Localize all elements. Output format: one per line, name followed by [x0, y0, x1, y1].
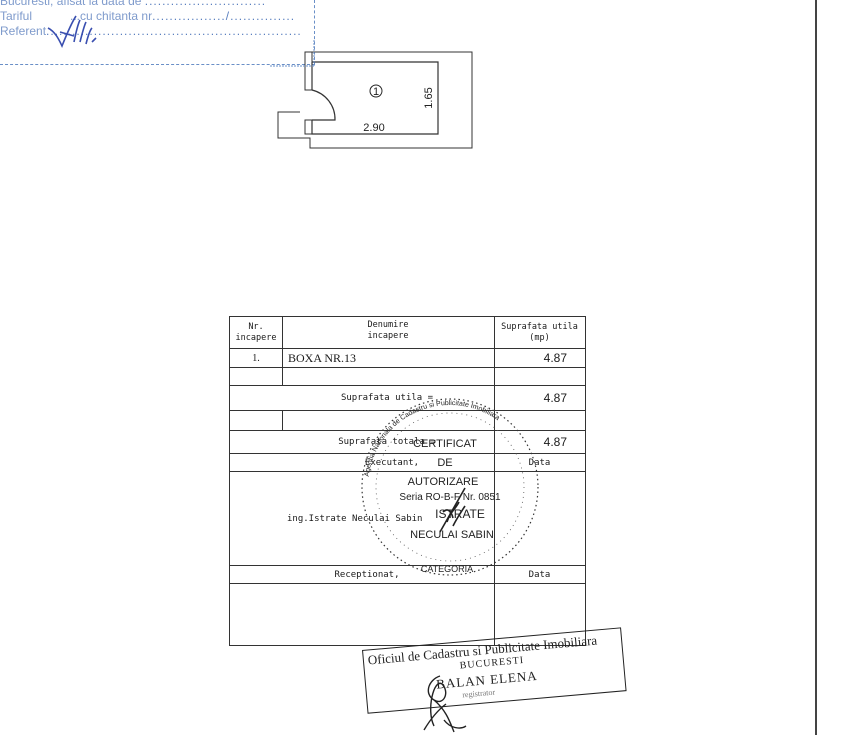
column-divider	[494, 584, 495, 646]
header-suprafata-line1: Suprafata utila	[501, 322, 578, 333]
stamp-date-label: Bucuresti, afisat la data de	[0, 0, 141, 8]
room-height-label: 1.65	[423, 87, 435, 108]
column-divider	[282, 368, 283, 385]
column-divider	[494, 368, 495, 385]
stamp-line: NECULAI SABIN	[410, 529, 494, 541]
stamp-line: DE	[437, 457, 452, 469]
table-header-row: Nr. incapere Denumire incapere Suprafata…	[230, 317, 585, 349]
stamp-line-date: Bucuresti, afisat la data de ...........…	[0, 0, 266, 9]
header-nr: Nr. incapere	[230, 317, 282, 348]
room-number: 1	[373, 86, 379, 98]
room-width-label: 2.90	[363, 122, 384, 134]
row-denumire: BOXA NR.13	[282, 349, 494, 367]
registration-stamp: Bucuresti, afisat la data de ...........…	[0, 0, 315, 65]
table-row: 1. BOXA NR.13 4.87	[230, 349, 585, 368]
header-suprafata-line2: (mp)	[529, 333, 549, 344]
header-denumire-line2: incapere	[368, 331, 409, 342]
stamp-line: AUTORIZARE	[408, 476, 479, 488]
stamp-dots: ................./...............	[152, 9, 295, 23]
page-edge-line	[815, 0, 817, 735]
stamp-line: CATEGORIA	[421, 564, 473, 574]
row-nr: 1.	[230, 349, 282, 367]
header-nr-line2: incapere	[236, 333, 277, 344]
header-denumire-line1: Denumire	[368, 320, 409, 331]
stamp-line-tarif: Tariful...cu chitanta nr................…	[0, 9, 295, 24]
stamp-line: Seria RO-B-F Nr. 0851	[399, 492, 501, 503]
signature-icon	[420, 670, 480, 735]
stamp-referent-label: Referent	[0, 24, 46, 38]
stamp-tarif-label: Tariful	[0, 9, 32, 23]
authorization-stamp: Agentia Nationala de Cadastru si Publici…	[355, 392, 545, 582]
column-divider	[494, 317, 495, 348]
header-denumire: Denumire incapere	[282, 317, 494, 348]
table-row-empty	[230, 368, 585, 386]
header-nr-line1: Nr.	[248, 322, 263, 333]
signature-icon	[46, 12, 106, 52]
header-suprafata: Suprafata utila (mp)	[494, 317, 585, 348]
column-divider	[282, 317, 283, 348]
row-suprafata: 4.87	[494, 349, 585, 367]
column-divider	[494, 349, 495, 367]
floor-plan: 1 2.90 1.65	[270, 40, 480, 160]
column-divider	[282, 411, 283, 430]
stamp-dots: ............................	[145, 0, 266, 8]
column-divider	[282, 349, 283, 367]
stamp-line: CERTIFICAT	[413, 438, 477, 450]
